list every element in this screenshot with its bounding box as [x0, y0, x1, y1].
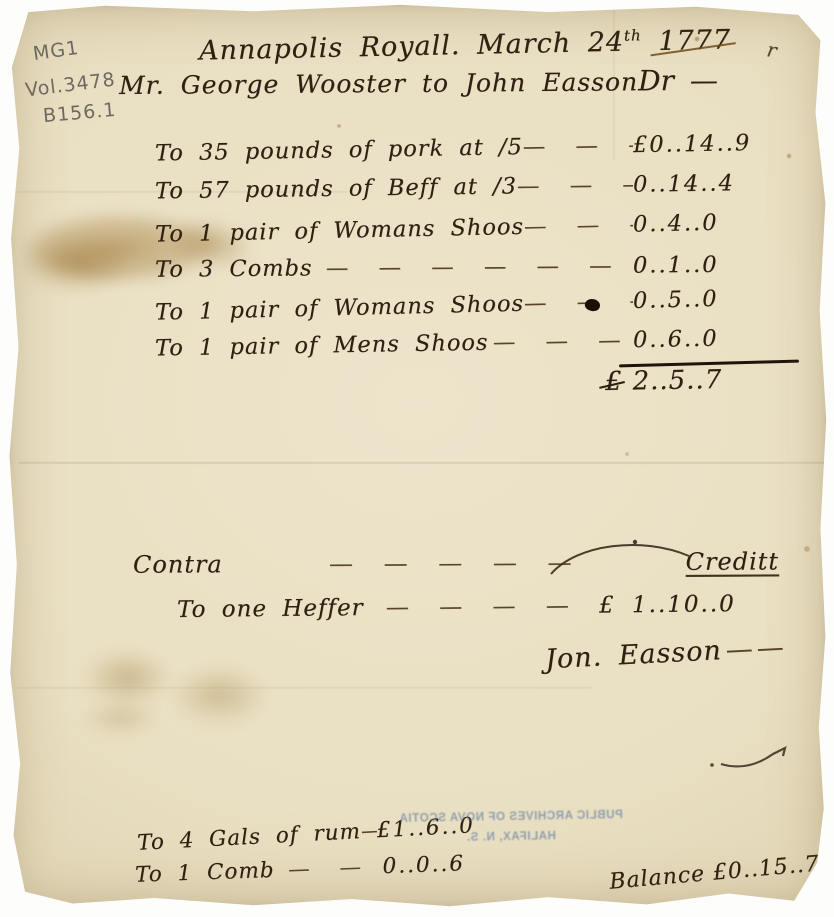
fold-crease [19, 462, 827, 464]
balance-label: Balance [608, 861, 706, 894]
item-description: To 1 pair of Mens Shoos [155, 330, 489, 362]
archival-reference-line: B156.1 [42, 99, 117, 127]
pound-sign: £ [605, 367, 623, 397]
parties-line: Mr. George Wooster to John Easson ——— Dr… [119, 64, 675, 101]
dash-filler: — — — — [524, 288, 634, 317]
item-description: To 1 pair of Womans Shoos [155, 214, 524, 248]
item-description: To 4 Gals of rum [137, 819, 362, 856]
item-description: To 1 Comb [135, 858, 275, 888]
fold-crease [17, 687, 592, 689]
item-amount: 0..5..0 [633, 284, 784, 314]
pen-squiggle [707, 740, 802, 774]
debit-row: To 3 Combs — — — — — — 0..1..0 [155, 251, 783, 282]
item-amount: 0..0..6 [382, 851, 465, 879]
dash-filler: — — — — [524, 212, 634, 240]
archival-reference-line: Vol.3478 [24, 69, 117, 102]
total-amount: 2..5..7 [632, 365, 722, 397]
item-description: To 57 pounds of Beff at /3 [155, 173, 517, 204]
water-stain [1, 226, 151, 300]
dash-filler: — — — [488, 327, 633, 356]
credit-item-row: To one Heffer — — — — £ 1..10..0 [177, 591, 749, 623]
item-amount: 0..4..0 [633, 208, 784, 237]
settlement-row: To 1 Comb — — 0..0..6 [135, 851, 466, 888]
dash-filler: — — — — — — [312, 253, 633, 282]
item-description: To 1 pair of Womans Shoos [155, 291, 525, 326]
item-description: To one Heffer [177, 595, 364, 623]
water-stain [71, 642, 183, 714]
stray-pen-mark: r [765, 37, 780, 62]
signature-name: Jon. Easson [544, 635, 722, 675]
item-amount: £0..14..9 [633, 130, 783, 159]
dash-filler: — — [274, 854, 383, 883]
item-amount: £ 1..10..0 [599, 591, 749, 619]
manuscript-paper: MG1 Vol.3478 B156.1 Annapolis Royall. Ma… [7, 4, 827, 908]
item-description: To 35 pounds of pork at /5 [155, 134, 523, 166]
item-description: To 3 Combs [155, 255, 313, 282]
debit-row: To 1 pair of Mens Shoos — — — 0..6..0 [155, 325, 783, 362]
dash-filler: — — — — [363, 593, 599, 621]
water-stain [157, 656, 282, 734]
debit-row: To 35 pounds of pork at /5 — — — £0..14.… [155, 130, 783, 167]
item-amount: 0..6..0 [633, 325, 783, 354]
total-row: £ 2..5..7 [605, 365, 723, 397]
archival-reference-line: MG1 [32, 37, 81, 65]
dash-filler: — — — [523, 132, 634, 160]
debit-row: To 1 pair of Womans Shoos — — — — 0..4..… [155, 208, 783, 247]
scanned-document: MG1 Vol.3478 B156.1 Annapolis Royall. Ma… [0, 0, 834, 917]
debit-row: To 1 pair of Womans Shoos — — — — 0..5..… [155, 284, 783, 325]
debit-row: To 57 pounds of Beff at /3 — — — 0..14..… [155, 170, 783, 205]
dr-mark: Dr — [638, 64, 718, 98]
balance-amount: £0..15..7 [712, 851, 821, 885]
signature: Jon. Easson —— [544, 632, 788, 676]
archive-stamp-showthrough: PUBLIC ARCHIVES OF NOVA SCOTIA HALIFAX, … [397, 806, 626, 849]
dash-filler: — — — [517, 172, 633, 200]
signature-flourish: —— [725, 632, 789, 666]
dash-filler: — — — — — [223, 548, 686, 578]
year: 1777 [658, 24, 731, 57]
water-stain [73, 696, 168, 740]
parties-text: Mr. George Wooster to John Easson [119, 67, 638, 100]
place-date-text: Annapolis Royall. March 24 [199, 27, 625, 67]
contra-label: Contra [133, 550, 223, 578]
place-date-line: Annapolis Royall. March 24th 1777 [199, 24, 732, 66]
credit-label: Creditt [686, 547, 786, 576]
balance-row: Balance £0..15..7 [608, 850, 834, 895]
date-ordinal-superscript: th [624, 26, 642, 44]
contra-row: Contra — — — — — Creditt [133, 547, 785, 578]
stamp-line: HALIFAX, N. S. [397, 826, 625, 850]
item-amount: 0..1..0 [633, 251, 783, 278]
stamp-line: PUBLIC ARCHIVES OF NOVA SCOTIA [397, 806, 625, 830]
item-amount: 0..14..4 [633, 170, 783, 198]
dash-filler: — [360, 818, 377, 844]
